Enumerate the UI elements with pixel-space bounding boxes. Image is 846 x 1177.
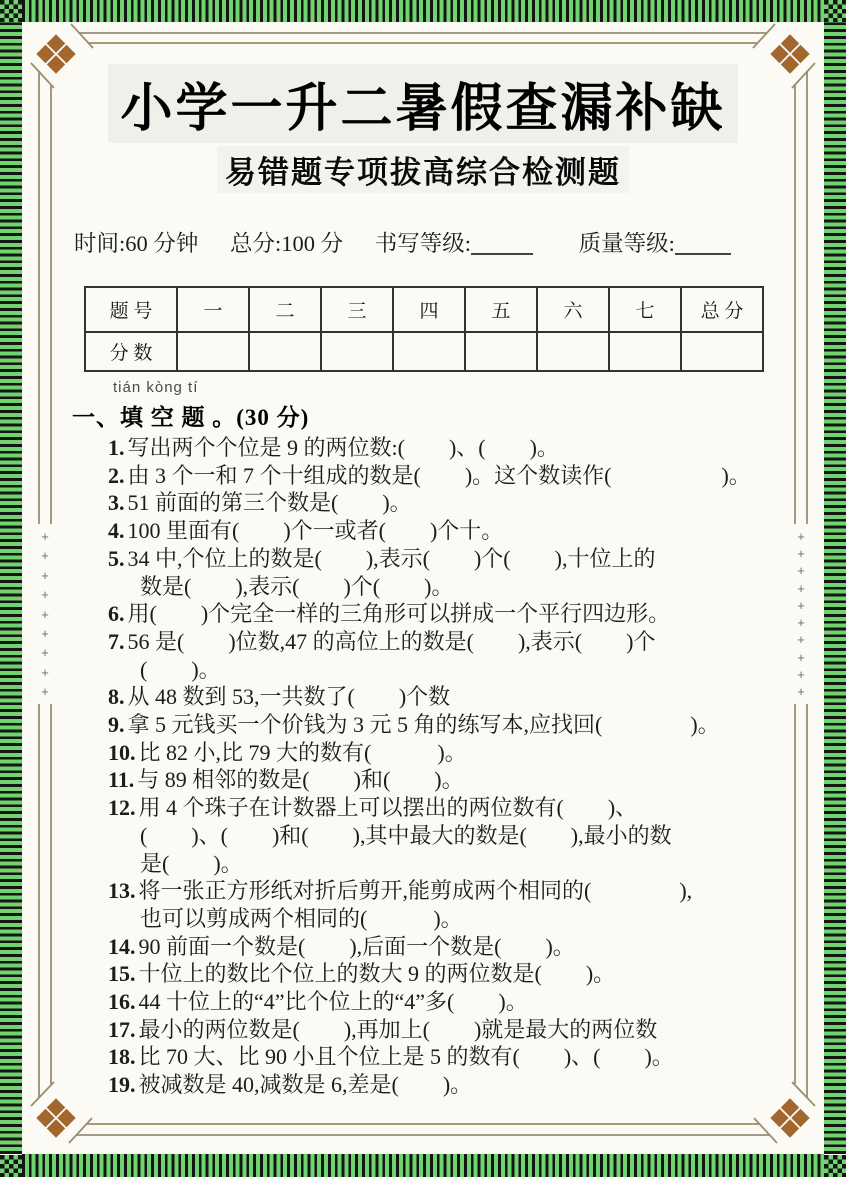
question-item: 15.十位上的数比个位上的数大 9 的两位数是( )。 — [72, 960, 779, 988]
score-table-header-cell: 七 — [609, 287, 681, 332]
score-table-header-cell: 总 分 — [681, 287, 763, 332]
question-number: 5. — [108, 546, 125, 571]
score-cell-empty — [321, 332, 393, 371]
question-number: 7. — [108, 629, 125, 654]
question-number: 16. — [108, 989, 136, 1014]
question-item: 9.拿 5 元钱买一个价钱为 3 元 5 角的练写本,应找回( )。 — [72, 711, 779, 739]
question-number: 1. — [108, 435, 125, 460]
question-item: 19.被减数是 40,减数是 6,差是( )。 — [72, 1071, 779, 1099]
score-table-header-cell: 三 — [321, 287, 393, 332]
checker-corner-top-left — [0, 0, 22, 22]
plus-mark: + — [41, 608, 49, 621]
plus-mark: + — [41, 530, 49, 543]
question-item: 7.56 是( )位数,47 的高位上的数是( ),表示( )个( )。 — [72, 628, 779, 683]
worksheet-page: +++++++++ ++++++++++ 小学一升二暑假查漏补缺 易错题专项拔高… — [0, 0, 846, 1177]
score-table-header-row: 题 号一二三四五六七总 分 — [85, 287, 763, 332]
page-subtitle-text: 易错题专项拔高综合检测题 — [217, 146, 629, 193]
time-label: 时间:60 分钟 — [74, 231, 198, 256]
question-number: 6. — [108, 601, 125, 626]
question-number: 11. — [108, 767, 134, 792]
plus-mark: + — [797, 685, 805, 698]
plus-mark: + — [797, 668, 805, 681]
question-number: 17. — [108, 1017, 136, 1042]
question-item: 3.51 前面的第三个数是( )。 — [72, 489, 779, 517]
score-cell-empty — [393, 332, 465, 371]
question-item: 6.用( )个完全一样的三角形可以拼成一个平行四边形。 — [72, 600, 779, 628]
section-heading: 一、填 空 题 。(30 分) — [72, 399, 309, 432]
score-table-header-cell: 五 — [465, 287, 537, 332]
question-number: 19. — [108, 1072, 136, 1097]
plus-mark: + — [797, 633, 805, 646]
writing-grade-label: 书写等级: — [375, 231, 471, 256]
question-item: 18.比 70 大、比 90 小且个位上是 5 的数有( )、( )。 — [72, 1043, 779, 1071]
page-title: 小学一升二暑假查漏补缺 — [0, 64, 846, 143]
question-item: 17.最小的两位数是( ),再加上( )就是最大的两位数 — [72, 1016, 779, 1044]
plus-mark: + — [797, 651, 805, 664]
plus-mark: + — [41, 666, 49, 679]
quality-grade-label: 质量等级: — [579, 231, 675, 256]
plus-mark: + — [797, 616, 805, 629]
plus-mark: + — [41, 549, 49, 562]
question-number: 13. — [108, 878, 136, 903]
question-number: 4. — [108, 518, 125, 543]
section-pinyin: tián kòng tí — [113, 379, 198, 396]
plus-mark: + — [797, 564, 805, 577]
stripe-border-bottom — [22, 1154, 824, 1177]
question-item: 1.写出两个个位是 9 的两位数:( )、( )。 — [72, 434, 779, 462]
score-table-header-cell: 二 — [249, 287, 321, 332]
plus-mark: + — [797, 530, 805, 543]
page-subtitle: 易错题专项拔高综合检测题 — [0, 146, 846, 193]
question-item: 2.由 3 个一和 7 个十组成的数是( )。这个数读作( )。 — [72, 462, 779, 490]
plus-mark: + — [41, 627, 49, 640]
score-table: 题 号一二三四五六七总 分 分 数 — [84, 286, 764, 372]
checker-corner-bottom-right — [824, 1155, 846, 1177]
checker-corner-top-right — [824, 0, 846, 22]
question-number: 12. — [108, 795, 136, 820]
margin-plus-column-left: +++++++++ — [26, 524, 64, 704]
question-number: 3. — [108, 490, 125, 515]
question-number: 18. — [108, 1044, 136, 1069]
margin-plus-column-right: ++++++++++ — [782, 524, 820, 704]
score-cell-empty — [609, 332, 681, 371]
plus-mark: + — [41, 685, 49, 698]
score-table-header-cell: 四 — [393, 287, 465, 332]
question-item: 4.100 里面有( )个一或者( )个十。 — [72, 517, 779, 545]
questions-list: 1.写出两个个位是 9 的两位数:( )、( )。2.由 3 个一和 7 个十组… — [72, 434, 779, 1099]
diamond-motif-bottom-left — [36, 1098, 75, 1137]
total-label: 总分:100 分 — [230, 231, 343, 256]
question-item: 5.34 中,个位上的数是( ),表示( )个( ),十位上的数是( ),表示(… — [72, 545, 779, 600]
writing-grade-blank — [471, 231, 533, 256]
score-cell-empty — [537, 332, 609, 371]
question-item: 11.与 89 相邻的数是( )和( )。 — [72, 766, 779, 794]
diamond-motif-bottom-right — [770, 1098, 809, 1137]
question-item: 10.比 82 小,比 79 大的数有( )。 — [72, 739, 779, 767]
plus-mark: + — [41, 588, 49, 601]
score-cell-empty — [465, 332, 537, 371]
question-number: 2. — [108, 463, 125, 488]
question-number: 8. — [108, 684, 125, 709]
question-item: 16.44 十位上的“4”比个位上的“4”多( )。 — [72, 988, 779, 1016]
stripe-border-top — [22, 0, 824, 22]
question-number: 14. — [108, 934, 136, 959]
question-item: 8.从 48 数到 53,一共数了( )个数 — [72, 683, 779, 711]
score-row-label-cell: 分 数 — [85, 332, 177, 371]
question-number: 10. — [108, 740, 136, 765]
plus-mark: + — [797, 582, 805, 595]
score-table-header-cell: 六 — [537, 287, 609, 332]
score-table-score-row: 分 数 — [85, 332, 763, 371]
page-title-text: 小学一升二暑假查漏补缺 — [108, 64, 737, 143]
question-item: 14.90 前面一个数是( ),后面一个数是( )。 — [72, 933, 779, 961]
question-item: 12.用 4 个珠子在计数器上可以摆出的两位数有( )、( )、( )和( ),… — [72, 794, 779, 877]
plus-mark: + — [41, 569, 49, 582]
question-number: 9. — [108, 712, 125, 737]
plus-mark: + — [797, 547, 805, 560]
exam-info-line: 时间:60 分钟 总分:100 分 书写等级: 质量等级: — [74, 226, 834, 258]
question-item: 13.将一张正方形纸对折后剪开,能剪成两个相同的( ),也可以剪成两个相同的( … — [72, 877, 779, 932]
question-number: 15. — [108, 961, 136, 986]
score-cell-empty — [177, 332, 249, 371]
score-cell-empty — [249, 332, 321, 371]
plus-mark: + — [41, 646, 49, 659]
checker-corner-bottom-left — [0, 1155, 22, 1177]
quality-grade-blank — [675, 231, 731, 256]
score-cell-empty — [681, 332, 763, 371]
score-table-header-cell: 题 号 — [85, 287, 177, 332]
plus-mark: + — [797, 599, 805, 612]
score-table-header-cell: 一 — [177, 287, 249, 332]
